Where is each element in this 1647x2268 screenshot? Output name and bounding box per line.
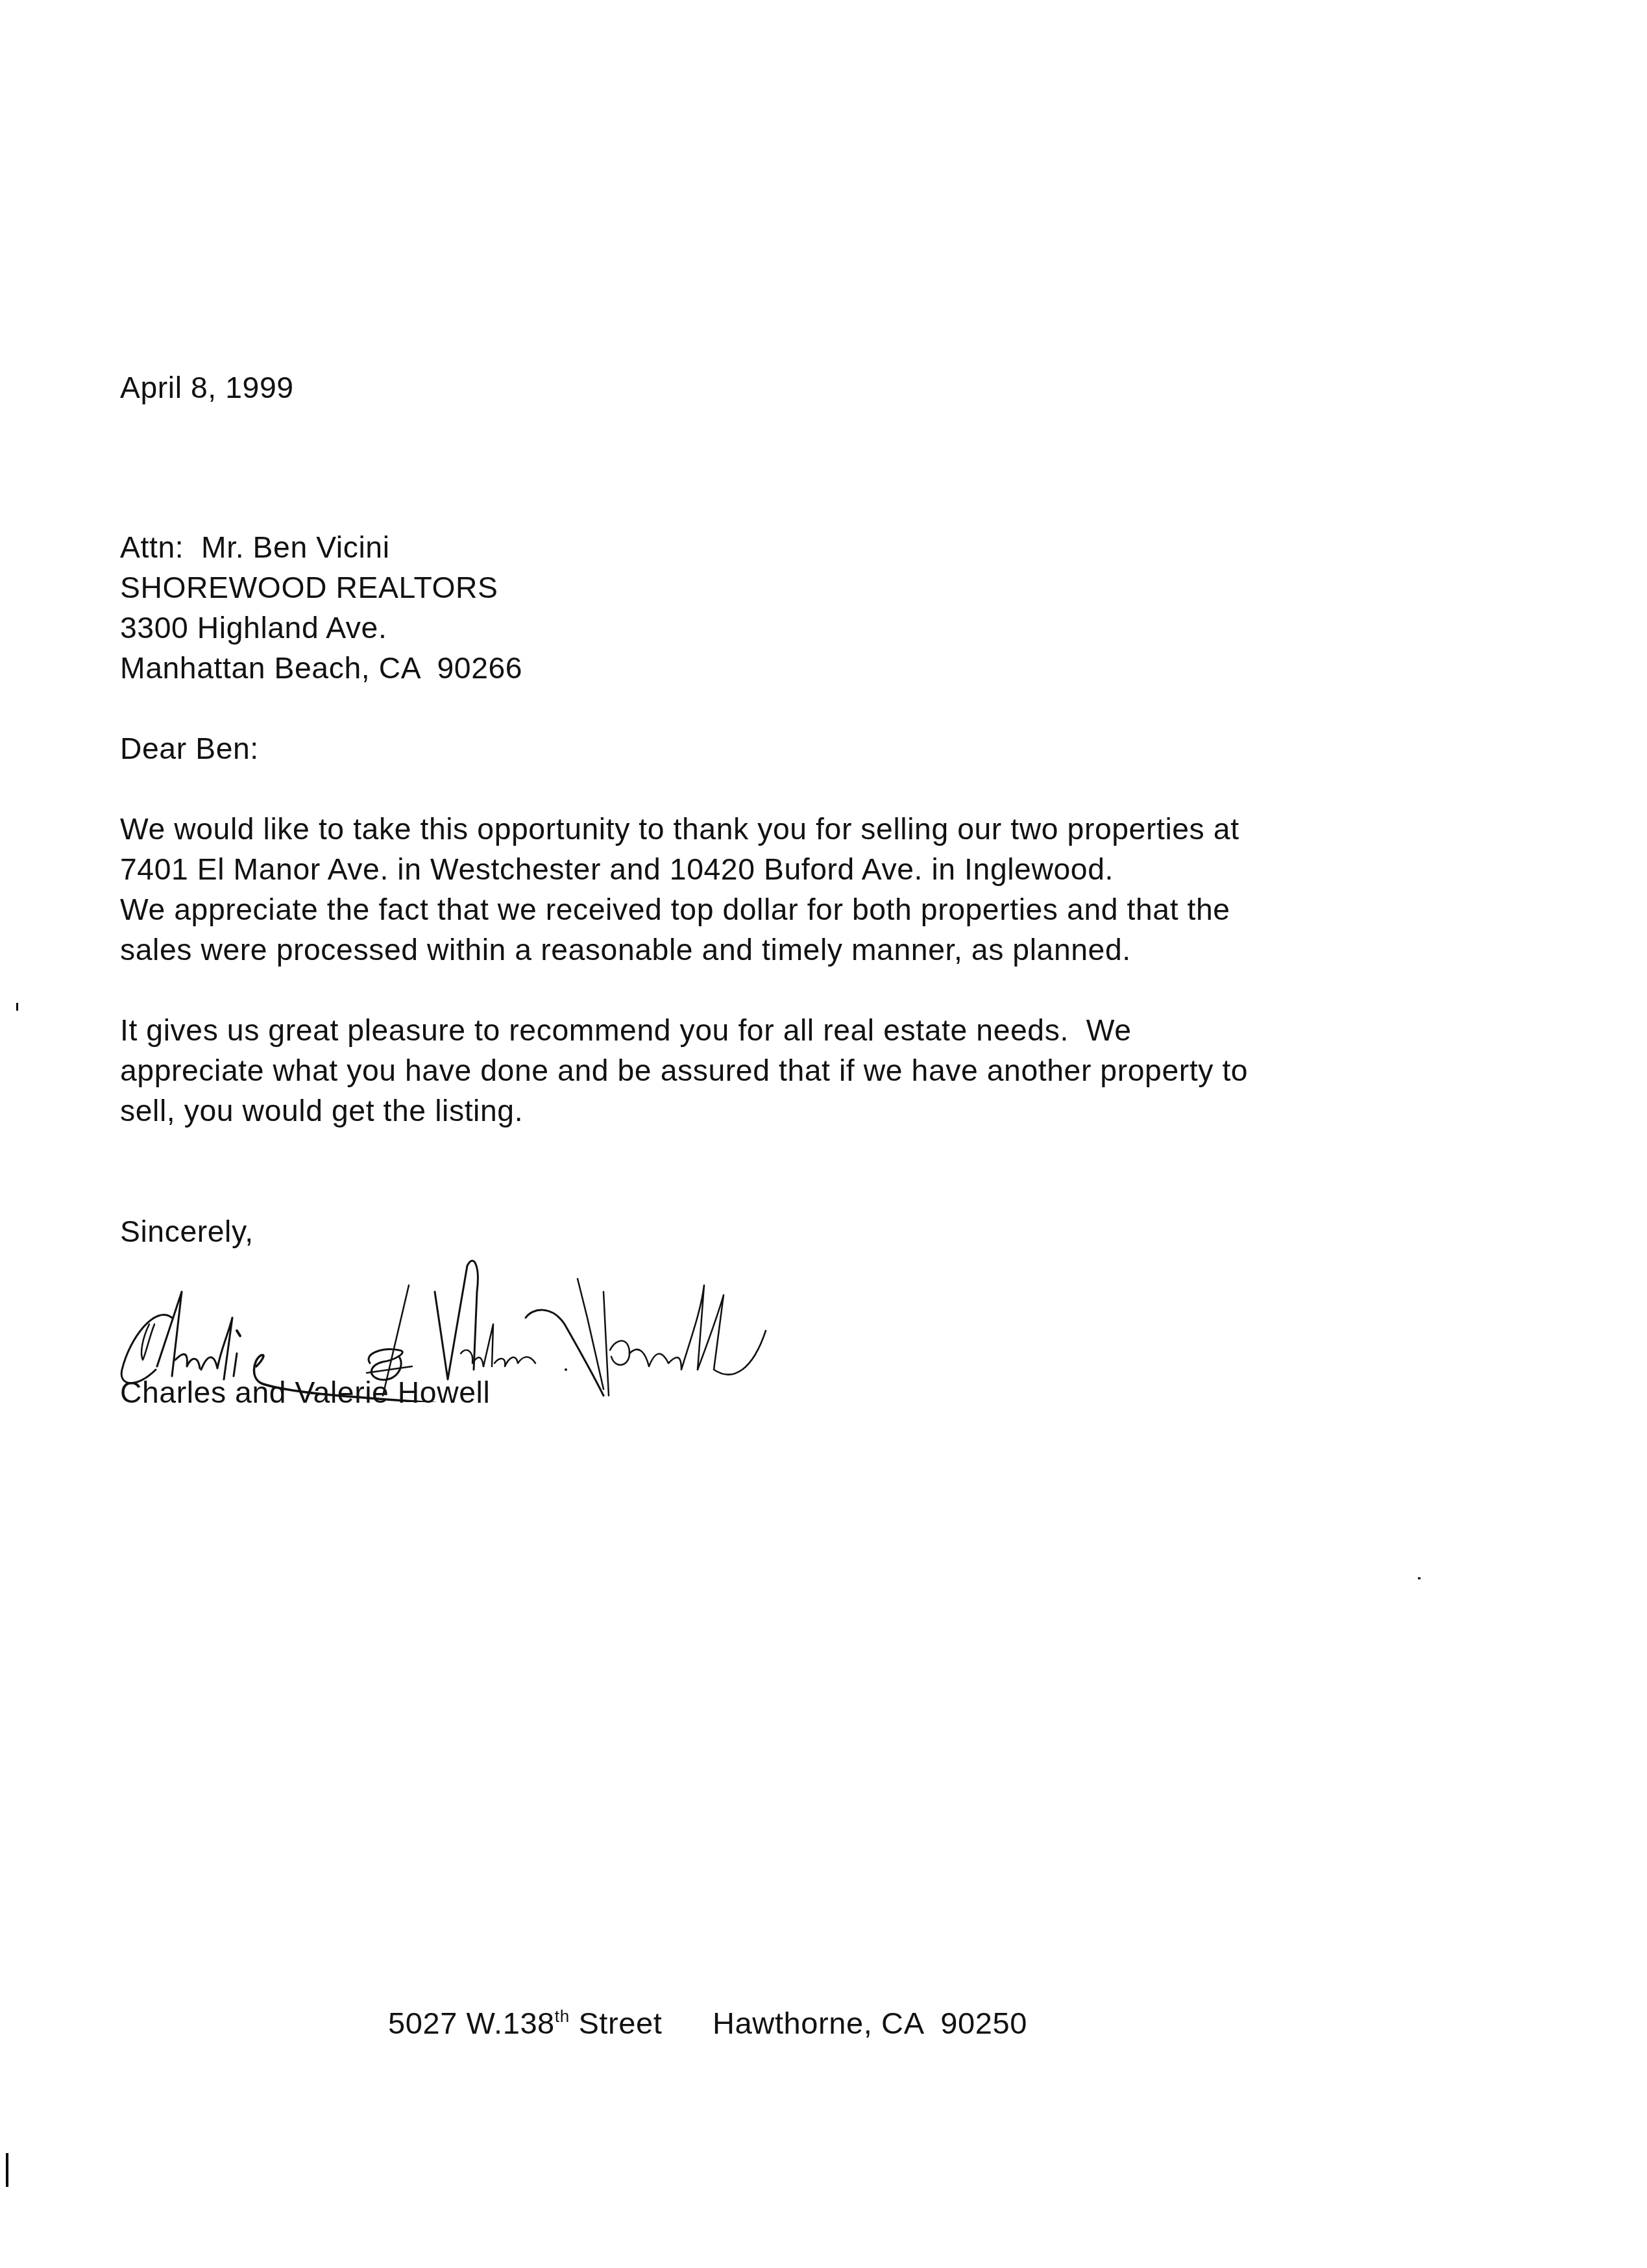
recipient-street: 3300 Highland Ave. bbox=[120, 608, 522, 648]
sender-street-number: 5027 W.138 bbox=[388, 2006, 555, 2040]
body-paragraph-1: We would like to take this opportunity t… bbox=[120, 809, 1239, 970]
sender-city-state-zip: Hawthorne, CA 90250 bbox=[713, 2003, 1027, 2043]
scan-artifact-mark bbox=[16, 1003, 18, 1011]
body-line: We would like to take this opportunity t… bbox=[120, 809, 1239, 849]
letter-page: April 8, 1999 Attn: Mr. Ben Vicini SHORE… bbox=[0, 0, 1647, 2268]
recipient-city-state-zip: Manhattan Beach, CA 90266 bbox=[120, 648, 522, 688]
recipient-address-block: Attn: Mr. Ben Vicini SHOREWOOD REALTORS … bbox=[120, 527, 522, 688]
salutation: Dear Ben: bbox=[120, 728, 259, 769]
scan-artifact-bar bbox=[6, 2153, 8, 2187]
sender-street: 5027 W.138th Street bbox=[388, 2003, 662, 2043]
body-line: sell, you would get the listing. bbox=[120, 1091, 1248, 1131]
scan-artifact-dot bbox=[1418, 1577, 1421, 1579]
body-line: It gives us great pleasure to recommend … bbox=[120, 1010, 1248, 1050]
sender-street-suffix: Street bbox=[570, 2006, 663, 2040]
signer-name: Charles and Valerie Howell bbox=[120, 1372, 490, 1412]
body-line: 7401 El Manor Ave. in Westchester and 10… bbox=[120, 849, 1239, 889]
letter-date: April 8, 1999 bbox=[120, 367, 294, 408]
body-line: appreciate what you have done and be ass… bbox=[120, 1050, 1248, 1091]
body-line: sales were processed within a reasonable… bbox=[120, 930, 1239, 970]
recipient-company: SHOREWOOD REALTORS bbox=[120, 567, 522, 608]
recipient-attn: Attn: Mr. Ben Vicini bbox=[120, 527, 522, 567]
body-line: We appreciate the fact that we received … bbox=[120, 889, 1239, 930]
body-paragraph-2: It gives us great pleasure to recommend … bbox=[120, 1010, 1248, 1131]
sender-address-footer: 5027 W.138th Street Hawthorne, CA 90250 bbox=[388, 2003, 1027, 2043]
sender-street-ordinal: th bbox=[555, 2006, 570, 2026]
